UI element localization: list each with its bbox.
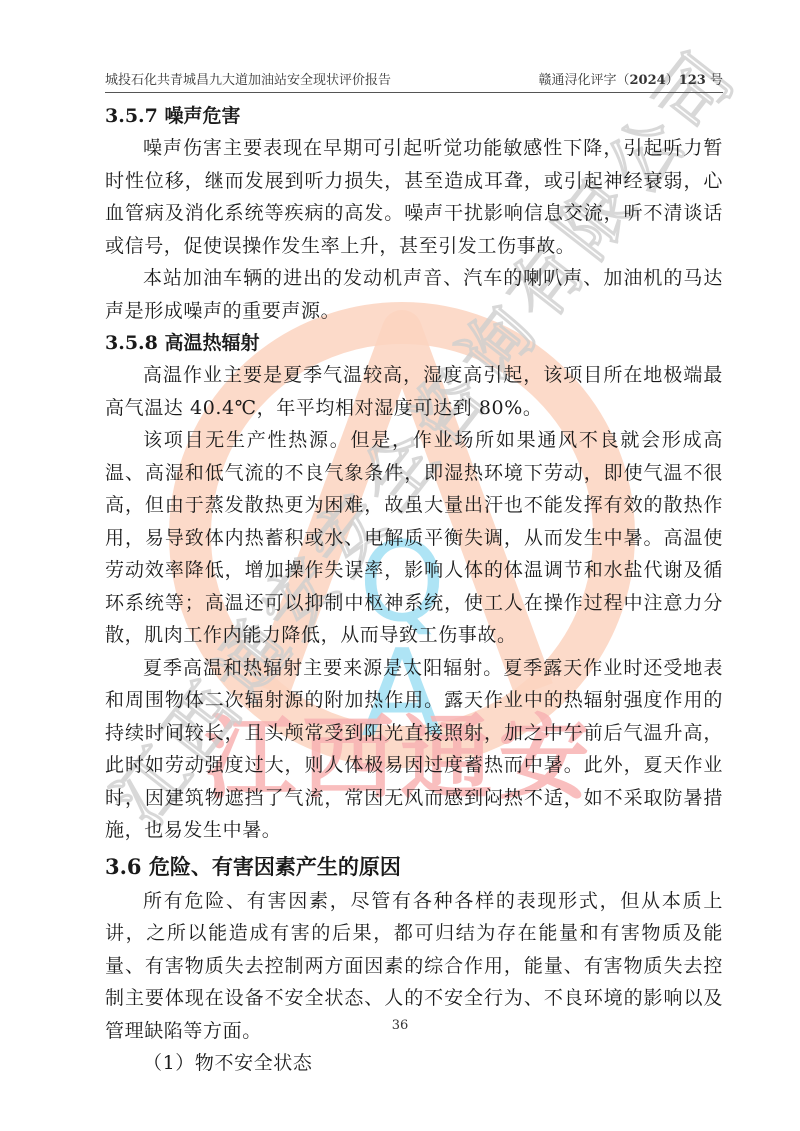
report-number: 赣通浔化评字（2024）123 号	[539, 69, 724, 88]
paragraph: 该项目无生产性热源。但是，作业场所如果通风不良就会形成高温、高湿和低气流的不良气…	[105, 424, 723, 652]
paragraph: 本站加油车辆的进出的发动机声音、汽车的喇叭声、加油机的马达声是形成噪声的重要声源…	[105, 262, 723, 327]
running-header: 城投石化共青城昌九大道加油站安全现状评价报告 赣通浔化评字（2024）123 号	[105, 68, 723, 93]
document-page: Q A 江西通安 江西通安安全咨询有限公司 城投石化共青城昌九大道加油站安全现状…	[0, 0, 800, 1131]
paragraph: 噪声伤害主要表现在早期可引起听觉功能敏感性下降，引起听力暂时性位移，继而发展到听…	[105, 132, 723, 262]
report-number-year: 2024	[630, 73, 666, 88]
list-item-heading: （1）物不安全状态	[105, 1047, 723, 1080]
paragraph: 夏季高温和热辐射主要来源是太阳辐射。夏季露天作业时还受地表和周围物体二次辐射源的…	[105, 652, 723, 847]
report-number-prefix: 赣通浔化评字（	[539, 73, 630, 88]
document-body: 3.5.7 噪声危害 噪声伤害主要表现在早期可引起听觉功能敏感性下降，引起听力暂…	[105, 100, 723, 1080]
section-heading-3-5-7: 3.5.7 噪声危害	[105, 100, 723, 132]
section-heading-3-6: 3.6 危险、有害因素产生的原因	[105, 849, 723, 885]
paragraph: 高温作业主要是夏季气温较高，湿度高引起，该项目所在地极端最高气温达 40.4℃，…	[105, 359, 723, 424]
report-title: 城投石化共青城昌九大道加油站安全现状评价报告	[105, 69, 391, 88]
report-number-suffix: 号	[706, 73, 723, 88]
report-number-mid: ）	[666, 73, 679, 88]
section-heading-3-5-8: 3.5.8 高温热辐射	[105, 327, 723, 359]
page-number: 36	[0, 1018, 800, 1033]
report-number-value: 123	[679, 73, 706, 88]
